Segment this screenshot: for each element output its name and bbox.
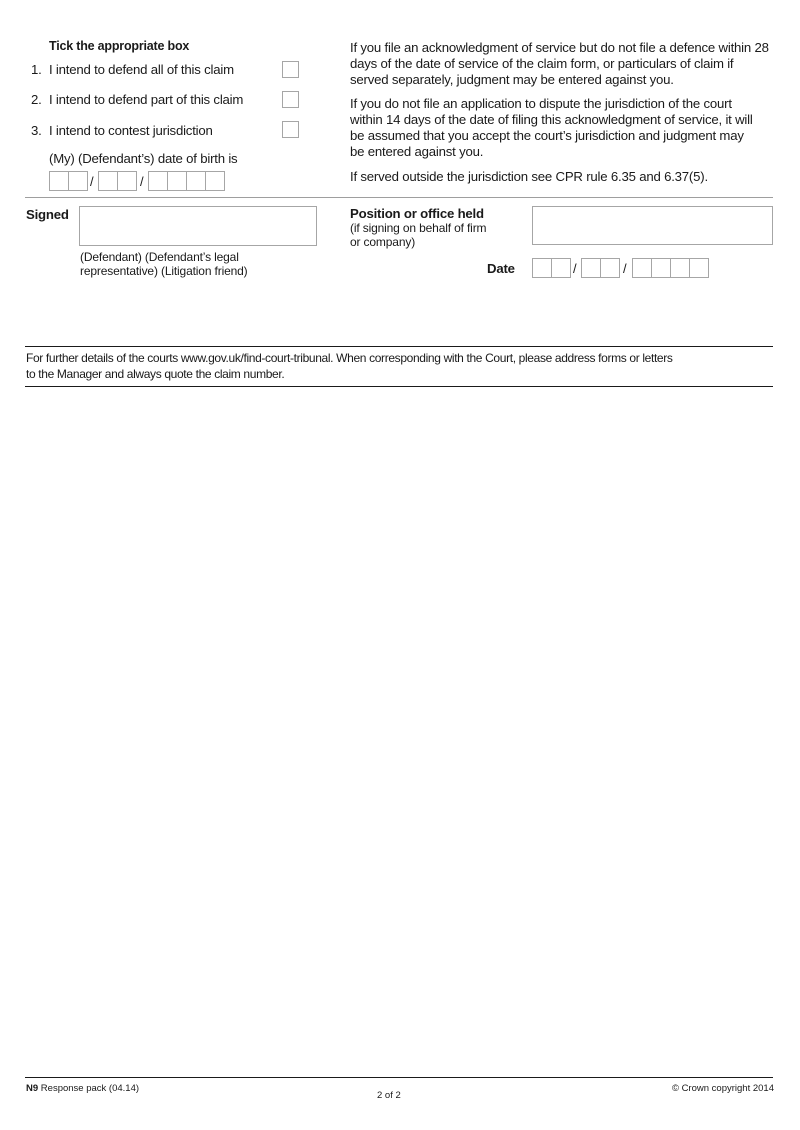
option-label-defend-part: I intend to defend part of this claim: [49, 92, 243, 108]
position-sublabel-line: or company): [350, 235, 486, 249]
court-contact-notice: For further details of the courts www.go…: [26, 350, 776, 382]
position-sublabel: (if signing on behalf of firm or company…: [350, 221, 486, 249]
form-reference: N9 Response pack (04.14): [26, 1083, 139, 1095]
page-number: 2 of 2: [377, 1090, 401, 1102]
dob-day-digit-2[interactable]: [68, 171, 88, 191]
checkbox-defend-all[interactable]: [282, 61, 299, 78]
date-year-digit-2[interactable]: [651, 258, 671, 278]
signature-caption-line: representative) (Litigation friend): [80, 264, 248, 278]
signature-caption-line: (Defendant) (Defendant’s legal: [80, 250, 248, 264]
dob-year-digit-2[interactable]: [167, 171, 187, 191]
option-label-defend-all: I intend to defend all of this claim: [49, 62, 234, 78]
date-year-digit-3[interactable]: [670, 258, 690, 278]
dob-separator: /: [90, 174, 94, 190]
dob-day-digit-1[interactable]: [49, 171, 69, 191]
date-month-digit-2[interactable]: [600, 258, 620, 278]
notice-top-rule: [25, 346, 773, 347]
dob-separator: /: [140, 174, 144, 190]
date-month-digit-1[interactable]: [581, 258, 601, 278]
section-divider: [25, 197, 773, 198]
option-label-contest-jurisdiction: I intend to contest jurisdiction: [49, 123, 213, 139]
dob-year-digit-1[interactable]: [148, 171, 168, 191]
date-separator: /: [573, 261, 577, 277]
position-field[interactable]: [532, 206, 773, 245]
position-sublabel-line: (if signing on behalf of firm: [350, 221, 486, 235]
date-year-digit-1[interactable]: [632, 258, 652, 278]
checkbox-defend-part[interactable]: [282, 91, 299, 108]
form-name: Response pack (04.14): [38, 1083, 139, 1094]
date-year-digit-4[interactable]: [689, 258, 709, 278]
tick-box-heading: Tick the appropriate box: [49, 38, 189, 54]
court-contact-notice-line: to the Manager and always quote the clai…: [26, 366, 776, 382]
dob-year-digit-4[interactable]: [205, 171, 225, 191]
option-number: 2.: [31, 92, 42, 108]
dob-month-digit-1[interactable]: [98, 171, 118, 191]
notice-bottom-rule: [25, 386, 773, 387]
form-code: N9: [26, 1083, 38, 1094]
date-day-digit-1[interactable]: [532, 258, 552, 278]
dob-year-digit-3[interactable]: [186, 171, 206, 191]
option-number: 3.: [31, 123, 42, 139]
notice-paragraph-outside-jurisdiction: If served outside the jurisdiction see C…: [350, 169, 775, 185]
option-number: 1.: [31, 62, 42, 78]
copyright: © Crown copyright 2014: [672, 1083, 774, 1095]
signature-caption: (Defendant) (Defendant’s legal represent…: [80, 250, 248, 278]
signature-field[interactable]: [79, 206, 317, 246]
date-separator: /: [623, 261, 627, 277]
signed-label: Signed: [26, 207, 69, 223]
position-label: Position or office held: [350, 206, 484, 222]
checkbox-contest-jurisdiction[interactable]: [282, 121, 299, 138]
dob-label: (My) (Defendant’s) date of birth is: [49, 151, 237, 167]
dob-month-digit-2[interactable]: [117, 171, 137, 191]
notice-paragraph-defence: If you file an acknowledgment of service…: [350, 40, 775, 88]
court-contact-notice-line: For further details of the courts www.go…: [26, 350, 776, 366]
notice-paragraph-jurisdiction: If you do not file an application to dis…: [350, 96, 760, 160]
date-label: Date: [487, 261, 515, 277]
footer-rule: [25, 1077, 773, 1078]
date-day-digit-2[interactable]: [551, 258, 571, 278]
